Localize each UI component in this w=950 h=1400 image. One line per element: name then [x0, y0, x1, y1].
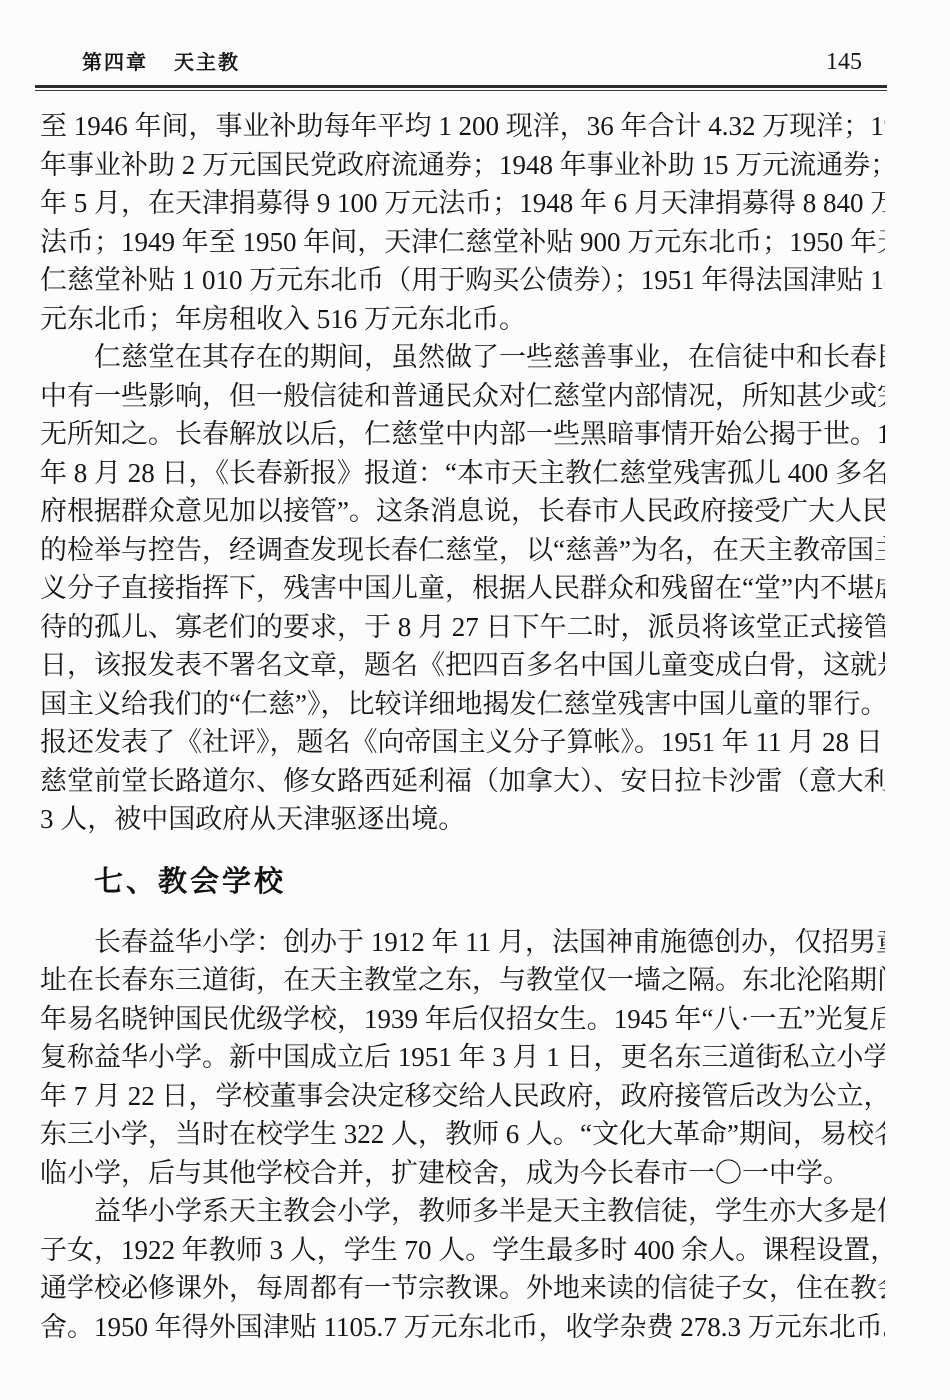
text-line: 仁慈堂在其存在的期间，虽然做了一些慈善事业，在信徒中和长春民众 [40, 338, 885, 377]
text-line: 3 人，被中国政府从天津驱逐出境。 [40, 800, 885, 839]
text-line: 长春益华小学：创办于 1912 年 11 月，法国神甫施德创办，仅招男童。地 [40, 923, 885, 962]
paragraph-yihua-school-details: 益华小学系天主教会小学，教师多半是天主教信徒，学生亦大多是信徒 子女，1922 … [40, 1192, 885, 1346]
text-line: 日，该报发表不署名文章，题名《把四百多名中国儿童变成白骨，这就是帝 [40, 646, 885, 685]
text-line: 子女，1922 年教师 3 人，学生 70 人。学生最多时 400 余人。课程设… [40, 1231, 885, 1270]
page-header: 第四章天主教 145 [40, 46, 887, 76]
text-line: 元东北币；年房租收入 516 万元东北币。 [40, 300, 885, 339]
header-rule [35, 85, 887, 91]
text-line: 年 5 月，在天津捐募得 9 100 万元法币；1948 年 6 月天津捐募得 … [40, 184, 885, 223]
text-line: 至 1946 年间，事业补助每年平均 1 200 现洋，36 年合计 4.32 … [40, 107, 885, 146]
page-number: 145 [826, 49, 887, 76]
text-line: 慈堂前堂长路道尔、修女路西延利福（加拿大）、安日拉卡沙雷（意大利）等 [40, 762, 885, 801]
text-line: 法币；1949 年至 1950 年间，天津仁慈堂补贴 900 万元东北币；195… [40, 223, 885, 262]
chapter-title: 天主教 [174, 52, 240, 74]
chapter-label: 第四章 [82, 52, 148, 74]
text-line: 中有一些影响，但一般信徒和普通民众对仁慈堂内部情况，所知甚少或完全 [40, 377, 885, 416]
text-line: 东三小学，当时在校学生 322 人，教师 6 人。“文化大革命”期间，易校名春 [40, 1115, 885, 1154]
text-line: 年事业补助 2 万元国民党政府流通券；1948 年事业补助 15 万元流通券；1… [40, 146, 885, 185]
text-line: 年 8 月 28 日，《长春新报》报道：“本市天主教仁慈堂残害孤儿 400 多名… [40, 454, 885, 493]
text-line: 年易名晓钟国民优级学校，1939 年后仅招女生。1945 年“八·一五”光复后， [40, 1000, 885, 1039]
text-line: 的检举与控告，经调查发现长春仁慈堂，以“慈善”为名，在天主教帝国主 [40, 531, 885, 570]
text-line: 复称益华小学。新中国成立后 1951 年 3 月 1 日，更名东三道街私立小学，… [40, 1038, 885, 1077]
text-line: 义分子直接指挥下，残害中国儿童，根据人民群众和残留在“堂”内不堪虐 [40, 569, 885, 608]
text-line: 址在长春东三道街，在天主教堂之东，与教堂仅一墙之隔。东北沦陷期间，1934 [40, 961, 885, 1000]
text-line: 无所知之。长春解放以后，仁慈堂中内部一些黑暗事情开始公揭于世。1951 [40, 415, 885, 454]
page-body: 至 1946 年间，事业补助每年平均 1 200 现洋，36 年合计 4.32 … [40, 107, 885, 1346]
text-line: 仁慈堂补贴 1 010 万元东北币（用于购买公债券）；1951 年得法国津贴 1… [40, 261, 885, 300]
paragraph-renci-tang: 仁慈堂在其存在的期间，虽然做了一些慈善事业，在信徒中和长春民众 中有一些影响，但… [40, 338, 885, 839]
text-line: 报还发表了《社评》，题名《向帝国主义分子算帐》。1951 年 11 月 28 日… [40, 723, 885, 762]
book-page: 第四章天主教 145 至 1946 年间，事业补助每年平均 1 200 现洋，3… [0, 0, 950, 1400]
text-line: 益华小学系天主教会小学，教师多半是天主教信徒，学生亦大多是信徒 [40, 1192, 885, 1231]
text-line: 通学校必修课外，每周都有一节宗教课。外地来读的信徒子女，住在教会宿 [40, 1269, 885, 1308]
section-heading: 七、教会学校 [94, 863, 885, 902]
text-line: 待的孤儿、寡老们的要求，于 8 月 27 日下午二时，派员将该堂正式接管。是 [40, 608, 885, 647]
text-line: 舍。1950 年得外国津贴 1105.7 万元东北币，收学杂费 278.3 万元… [40, 1308, 885, 1347]
running-head: 第四章天主教 [40, 46, 240, 75]
paragraph-yihua-school-history: 长春益华小学：创办于 1912 年 11 月，法国神甫施德创办，仅招男童。地 址… [40, 923, 885, 1193]
text-line: 府根据群众意见加以接管”。这条消息说，长春市人民政府接受广大人民群众 [40, 492, 885, 531]
text-line: 国主义给我们的“仁慈”》，比较详细地揭发仁慈堂残害中国儿童的罪行。该 [40, 685, 885, 724]
text-line: 临小学，后与其他学校合并，扩建校舍，成为今长春市一〇一中学。 [40, 1154, 885, 1193]
paragraph-subsidies: 至 1946 年间，事业补助每年平均 1 200 现洋，36 年合计 4.32 … [40, 107, 885, 338]
text-line: 年 7 月 22 日，学校董事会决定移交给人民政府，政府接管后改为公立，易名 [40, 1077, 885, 1116]
